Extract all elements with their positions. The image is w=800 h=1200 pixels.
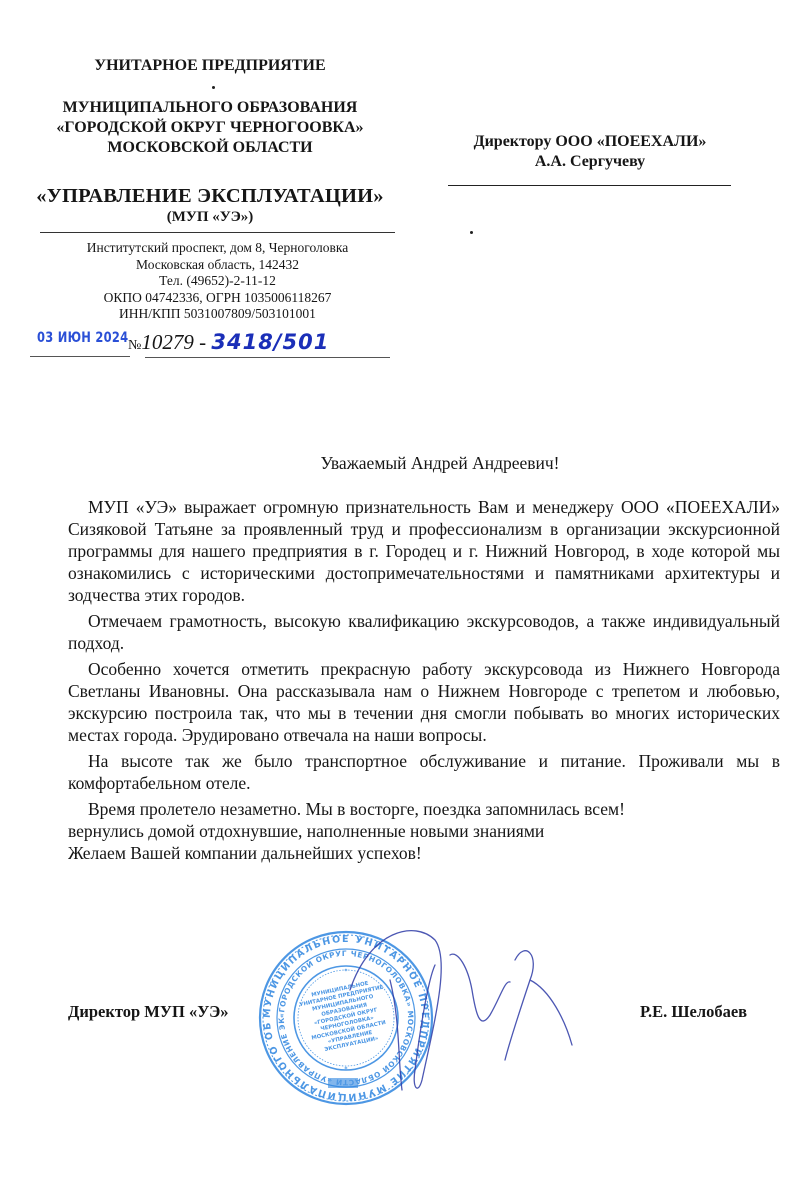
greeting: Уважаемый Андрей Андреевич! <box>0 453 800 474</box>
organization-short-name: (МУП «УЭ») <box>30 209 390 226</box>
letterhead-line-3: «ГОРОДСКОЙ ОКРУГ ЧЕРНОГООВКА» <box>30 118 390 138</box>
letterhead-divider <box>40 232 395 233</box>
number-sign: № <box>128 338 141 353</box>
letterhead-line-1: УНИТАРНОЕ ПРЕДПРИЯТИЕ <box>30 57 390 75</box>
inn-kpp-line: ИНН/КПП 5031007809/503101001 <box>40 306 395 323</box>
speck <box>470 231 473 234</box>
number-underline <box>145 357 390 358</box>
paragraph: На высоте так же было транспортное обслу… <box>68 750 780 794</box>
paragraph: Особенно хочется отметить прекрасную раб… <box>68 658 780 746</box>
recipient-block: Директору ООО «ПОЕЕХАЛИ» А.А. Сергучеву <box>440 132 740 172</box>
letterhead-line-4: МОСКОВСКОЙ ОБЛАСТИ <box>30 138 390 158</box>
speck <box>212 86 215 89</box>
address-line: Институтский проспект, дом 8, Черноголов… <box>40 240 395 257</box>
organization-name: «УПРАВЛЕНИЕ ЭКСПЛУАТАЦИИ» <box>20 185 400 208</box>
outgoing-number: №10279 - 3418/501 <box>128 330 329 355</box>
phone-line: Тел. (49652)-2-11-12 <box>40 273 395 290</box>
recipient-underline <box>448 185 731 186</box>
handwritten-signature-icon <box>340 920 580 1100</box>
date-stamp: 03 ИЮН 2024 <box>37 330 128 346</box>
number-handwritten: 3418/501 <box>211 330 329 354</box>
letterhead-municipality: МУНИЦИПАЛЬНОГО ОБРАЗОВАНИЯ «ГОРОДСКОЙ ОК… <box>30 98 390 158</box>
date-underline <box>30 356 130 357</box>
paragraph: МУП «УЭ» выражает огромную признательнос… <box>68 496 780 606</box>
paragraph: Отмечаем грамотность, высокую квалификац… <box>68 610 780 654</box>
closing-wish: Желаем Вашей компании дальнейших успехов… <box>68 842 780 864</box>
address-line: Московская область, 142432 <box>40 257 395 274</box>
number-typed: 10279 - <box>141 330 211 354</box>
recipient-name: А.А. Сергучеву <box>440 152 740 172</box>
paragraph: Время пролетело незаметно. Мы в восторге… <box>68 798 780 820</box>
letterhead-line-2: МУНИЦИПАЛЬНОГО ОБРАЗОВАНИЯ <box>30 98 390 118</box>
okpo-ogrn-line: ОКПО 04742336, ОГРН 1035006118267 <box>40 290 395 307</box>
sender-address-block: Институтский проспект, дом 8, Черноголов… <box>40 240 395 323</box>
paragraph: вернулись домой отдохнувшие, наполненные… <box>68 820 780 842</box>
signatory-name: Р.Е. Шелобаев <box>640 1002 747 1022</box>
signatory-title: Директор МУП «УЭ» <box>68 1002 229 1022</box>
letter-body: МУП «УЭ» выражает огромную признательнос… <box>68 496 780 864</box>
recipient-title: Директору ООО «ПОЕЕХАЛИ» <box>440 132 740 152</box>
